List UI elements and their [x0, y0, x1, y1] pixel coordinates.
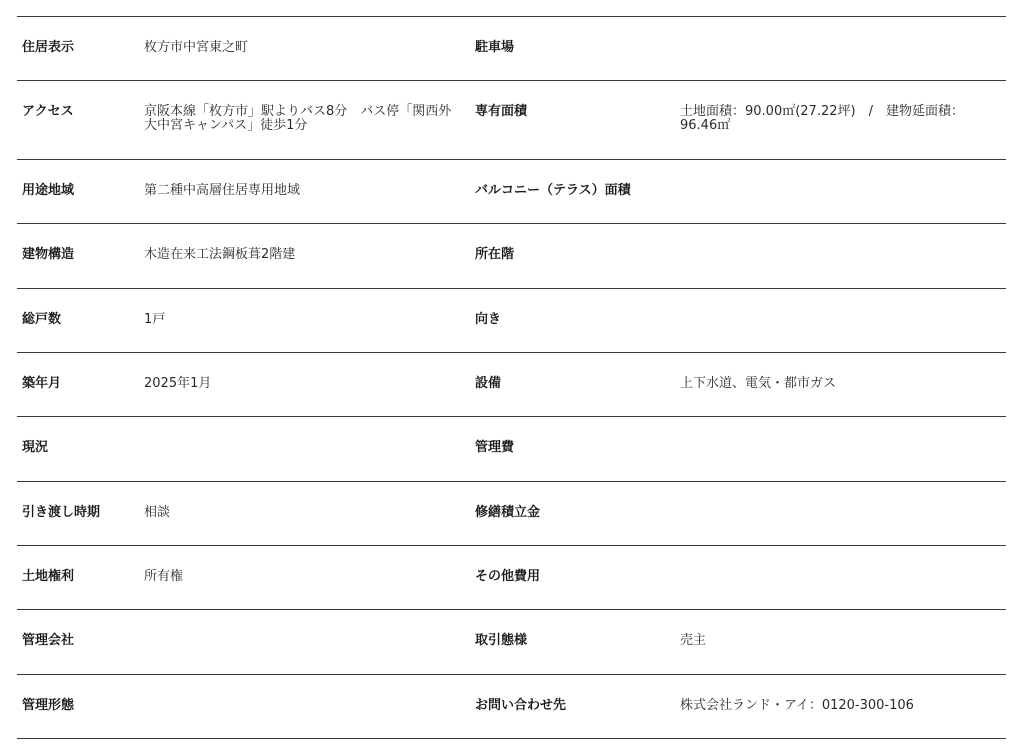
- spec-row-contact: 管理形態 お問い合わせ先 株式会社ランド・アイ：0120-300-106: [17, 675, 1006, 739]
- label-orientation: 向き: [470, 289, 675, 352]
- label-repair-reserve: 修繕積立金: [470, 482, 675, 545]
- property-spec-table: 住居表示 枚方市中宮東之町 駐車場 アクセス 京阪本線「枚方市」駅よりバス8分 …: [17, 16, 1006, 739]
- value-management-company: [139, 610, 470, 674]
- value-built-date: 2025年1月: [139, 353, 470, 416]
- value-orientation: [675, 289, 1006, 352]
- label-built-date: 築年月: [17, 353, 139, 416]
- value-current-status: [139, 417, 470, 481]
- spec-row-address: 住居表示 枚方市中宮東之町 駐車場: [17, 17, 1006, 81]
- label-handover: 引き渡し時期: [17, 482, 139, 545]
- label-other-costs: その他費用: [470, 546, 675, 609]
- label-balcony-area: バルコニー（テラス）面積: [470, 160, 675, 223]
- value-other-costs: [675, 546, 1006, 609]
- value-address: 枚方市中宮東之町: [139, 17, 470, 80]
- spec-row-structure: 建物構造 木造在来工法鋼板葺2階建 所在階: [17, 224, 1006, 289]
- label-current-status: 現況: [17, 417, 139, 481]
- label-floor: 所在階: [470, 224, 675, 288]
- label-management-fee: 管理費: [470, 417, 675, 481]
- value-zoning: 第二種中高層住居専用地域: [139, 160, 470, 223]
- label-facilities: 設備: [470, 353, 675, 416]
- value-total-units: 1戸: [139, 289, 470, 352]
- spec-row-handover: 引き渡し時期 相談 修繕積立金: [17, 482, 1006, 546]
- value-access: 京阪本線「枚方市」駅よりバス8分 バス停「関西外大中宮キャンパス」徒歩1分: [139, 81, 470, 159]
- value-management-fee: [675, 417, 1006, 481]
- label-total-units: 総戸数: [17, 289, 139, 352]
- label-contact: お問い合わせ先: [470, 675, 675, 738]
- label-management-type: 管理形態: [17, 675, 139, 738]
- spec-row-access: アクセス 京阪本線「枚方市」駅よりバス8分 バス停「関西外大中宮キャンパス」徒歩…: [17, 81, 1006, 160]
- label-address: 住居表示: [17, 17, 139, 80]
- value-balcony-area: [675, 160, 1006, 223]
- label-exclusive-area: 専有面積: [470, 81, 675, 159]
- label-parking: 駐車場: [470, 17, 675, 80]
- label-structure: 建物構造: [17, 224, 139, 288]
- spec-row-zoning: 用途地域 第二種中高層住居専用地域 バルコニー（テラス）面積: [17, 160, 1006, 224]
- value-exclusive-area: 土地面積：90.00㎡(27.22坪) / 建物延面積：96.46㎡: [675, 81, 1006, 159]
- label-management-company: 管理会社: [17, 610, 139, 674]
- spec-row-built: 築年月 2025年1月 設備 上下水道、電気・都市ガス: [17, 353, 1006, 417]
- value-land-rights: 所有権: [139, 546, 470, 609]
- value-handover: 相談: [139, 482, 470, 545]
- value-contact: 株式会社ランド・アイ：0120-300-106: [675, 675, 1006, 738]
- label-land-rights: 土地権利: [17, 546, 139, 609]
- label-transaction-type: 取引態様: [470, 610, 675, 674]
- spec-row-management-company: 管理会社 取引態様 売主: [17, 610, 1006, 675]
- value-repair-reserve: [675, 482, 1006, 545]
- value-facilities: 上下水道、電気・都市ガス: [675, 353, 1006, 416]
- value-structure: 木造在来工法鋼板葺2階建: [139, 224, 470, 288]
- value-management-type: [139, 675, 470, 738]
- label-zoning: 用途地域: [17, 160, 139, 223]
- value-parking: [675, 17, 1006, 80]
- spec-row-status: 現況 管理費: [17, 417, 1006, 482]
- spec-row-units: 総戸数 1戸 向き: [17, 289, 1006, 353]
- spec-row-land-rights: 土地権利 所有権 その他費用: [17, 546, 1006, 610]
- value-floor: [675, 224, 1006, 288]
- label-access: アクセス: [17, 81, 139, 159]
- value-transaction-type: 売主: [675, 610, 1006, 674]
